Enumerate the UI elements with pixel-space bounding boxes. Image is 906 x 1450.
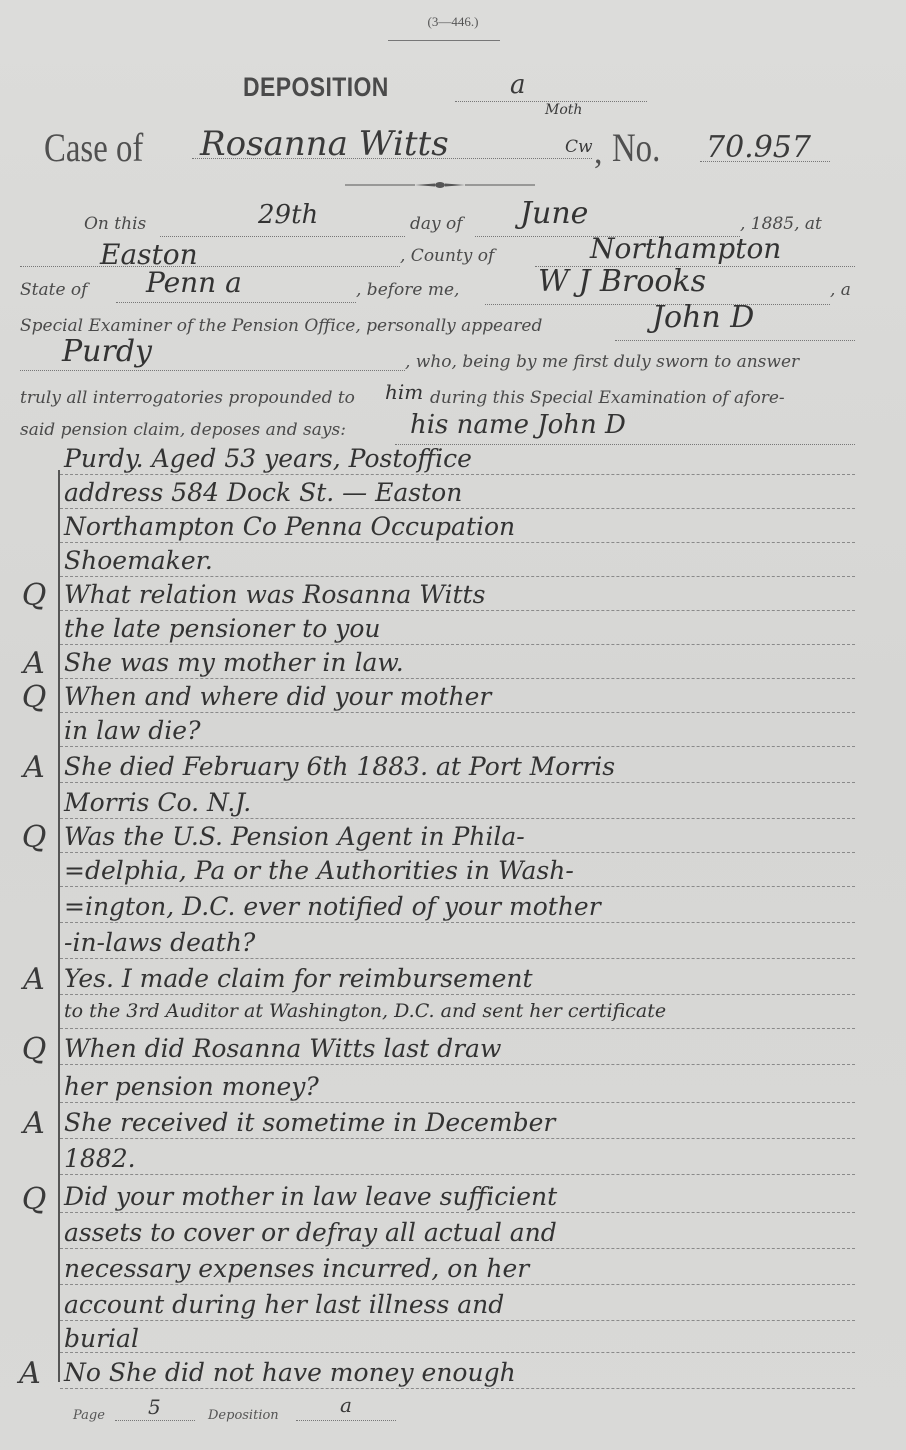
deposition-line: When did Rosanna Witts last draw	[64, 1034, 501, 1063]
case-comma: ,	[594, 134, 603, 172]
page-number: 5	[148, 1395, 161, 1419]
question-marker: Q	[14, 1032, 54, 1067]
case-fill-line	[192, 158, 592, 159]
deposition-line: burial	[64, 1324, 139, 1353]
year-label: , 1885, at	[740, 214, 822, 234]
ruled-line	[60, 746, 855, 747]
day-of-label: day of	[410, 214, 463, 234]
before-me-label: , before me,	[356, 280, 459, 300]
question-marker: Q	[14, 680, 54, 715]
ruled-line	[60, 1102, 855, 1103]
case-annotation: Cw	[565, 137, 593, 157]
ruled-line	[60, 508, 855, 509]
month-value: June	[520, 196, 588, 231]
deposition-line: the late pensioner to you	[64, 614, 380, 643]
page-label: Page	[73, 1408, 105, 1423]
ruled-line	[60, 886, 855, 887]
deposition-line: She died February 6th 1883. at Port Morr…	[64, 752, 615, 781]
answer-marker: A	[14, 962, 54, 997]
ruled-line	[60, 852, 855, 853]
deposition-line: Purdy. Aged 53 years, Postoffice	[64, 444, 472, 473]
sworn-text: , who, being by me first duly sworn to a…	[405, 352, 799, 372]
state-label: State of	[20, 280, 87, 300]
case-label: Case of	[44, 124, 143, 171]
deposition-line: Did your mother in law leave sufficient	[64, 1182, 557, 1211]
truly-him: him	[385, 380, 423, 404]
deposition-fill	[296, 1420, 396, 1421]
deposition-letter: a	[510, 70, 526, 100]
answer-marker: A	[10, 1356, 50, 1391]
deposition-line: in law die?	[64, 716, 201, 745]
ruled-line	[60, 1352, 855, 1353]
form-number: (3—446.)	[0, 14, 906, 30]
deposition-line: When and where did your mother	[64, 682, 491, 711]
ruled-line	[60, 576, 855, 577]
ruled-line	[60, 1320, 855, 1321]
deposition-line: her pension money?	[64, 1072, 319, 1101]
deposition-label: Deposition	[208, 1408, 279, 1423]
deposition-line: 1882.	[64, 1144, 136, 1173]
truly-text-1: truly all interrogatories propounded to	[20, 388, 355, 408]
truly-text-2: during this Special Examination of afore…	[430, 388, 785, 408]
deponent-fill-1	[615, 340, 855, 341]
case-number: 70.957	[706, 130, 811, 165]
ornament-divider-icon	[345, 181, 535, 189]
day-fill	[160, 236, 405, 237]
deposition-line: Northampton Co Penna Occupation	[64, 512, 515, 541]
deponent-first-name: John D	[652, 300, 754, 335]
ruled-line	[60, 1138, 855, 1139]
question-marker: Q	[14, 820, 54, 855]
ruled-line	[60, 782, 855, 783]
said-text: said pension claim, deposes and says:	[20, 420, 346, 440]
ruled-line	[60, 1174, 855, 1175]
deposition-line: =delphia, Pa or the Authorities in Wash-	[64, 856, 574, 885]
ruled-line	[60, 678, 855, 679]
ruled-line	[60, 818, 855, 819]
margin-rule	[58, 470, 60, 1382]
ruled-line	[60, 644, 855, 645]
county-label: , County of	[400, 246, 494, 266]
deposition-line: necessary expenses incurred, on her	[64, 1254, 529, 1283]
ruled-line	[60, 994, 855, 995]
page-title: DEPOSITION	[243, 72, 389, 103]
ruled-line	[60, 958, 855, 959]
answer-marker: A	[14, 646, 54, 681]
deposition-line: What relation was Rosanna Witts	[64, 580, 485, 609]
header-rule	[388, 40, 500, 41]
a-label: , a	[830, 280, 851, 300]
ruled-line	[60, 712, 855, 713]
examiner-name: W J Brooks	[538, 264, 706, 299]
state-value: Penn a	[146, 266, 242, 299]
deposition-line: Shoemaker.	[64, 546, 213, 575]
case-number-label: No.	[612, 124, 660, 171]
ruled-line	[60, 1028, 855, 1029]
deposition-line: account during her last illness and	[64, 1290, 504, 1319]
ruled-line	[60, 542, 855, 543]
answer-marker: A	[14, 1106, 54, 1141]
state-fill	[116, 302, 356, 303]
deposition-line: She received it sometime in December	[64, 1108, 555, 1137]
deposition-line: Morris Co. N.J.	[64, 788, 251, 817]
deposition-line: She was my mother in law.	[64, 648, 404, 677]
question-marker: Q	[14, 578, 54, 613]
ruled-line	[60, 474, 855, 475]
ruled-line	[60, 1284, 855, 1285]
ruled-line	[60, 922, 855, 923]
day-value: 29th	[258, 200, 318, 230]
case-annotation-top: Moth	[545, 102, 582, 118]
examiner-text: Special Examiner of the Pension Office, …	[20, 316, 542, 336]
question-marker: Q	[14, 1182, 54, 1217]
deposition-footer-letter: a	[340, 1393, 352, 1417]
answer-marker: A	[14, 750, 54, 785]
ruled-line	[60, 1212, 855, 1213]
deposition-line: Was the U.S. Pension Agent in Phila-	[64, 822, 525, 851]
ruled-line	[60, 1064, 855, 1065]
on-this-label: On this	[84, 214, 146, 234]
ruled-line	[60, 1388, 855, 1389]
ruled-line	[60, 610, 855, 611]
deposition-line: Yes. I made claim for reimbursement	[64, 964, 533, 993]
county-value: Northampton	[590, 232, 781, 265]
deponent-last-name: Purdy	[62, 334, 152, 369]
deposition-line: assets to cover or defray all actual and	[64, 1218, 557, 1247]
deposition-line: =ington, D.C. ever notified of your moth…	[64, 892, 601, 921]
case-number-fill-line	[700, 161, 830, 162]
page-fill	[115, 1420, 195, 1421]
deposition-line: address 584 Dock St. — Easton	[64, 478, 462, 507]
deposition-line: No She did not have money enough	[64, 1358, 516, 1387]
deposition-line: -in-laws death?	[64, 928, 255, 957]
deponent-fill-2	[20, 370, 405, 371]
deposition-line: to the 3rd Auditor at Washington, D.C. a…	[64, 1000, 666, 1022]
says-value: his name John D	[410, 410, 626, 440]
ruled-line	[60, 1248, 855, 1249]
